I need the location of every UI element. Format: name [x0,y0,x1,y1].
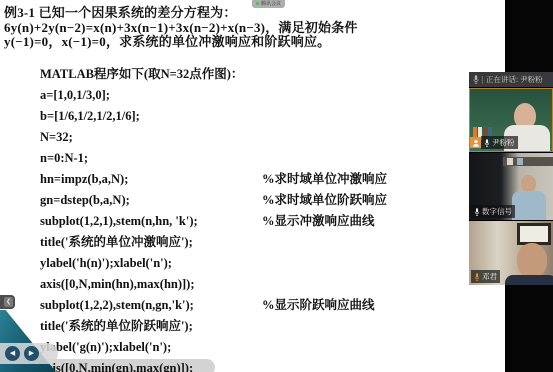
participant-label: 尹粉粉 [470,136,518,149]
microphone-icon [474,273,480,281]
code-line: axis([0,N,min(hn),max(hn)]); [40,274,500,295]
person-silhouette [517,243,547,277]
microphone-icon [474,208,480,216]
heading-line-3: y(−1)=0，x(−1)=0，求系统的单位冲激响应和阶跃响应。 [4,35,482,50]
code-intro: MATLAB程序如下(取N=32点作图)： [40,64,500,85]
heading-line-2: 6y(n)+2y(n−2)=x(n)+3x(n−1)+3x(n−2)+x(n−3… [4,21,482,36]
active-speaker-label: 正在讲话: 尹粉粉 [486,74,543,85]
participant-name: 邓君 [482,271,497,282]
code-line: N=32; [40,127,500,148]
picture-frame [520,226,548,242]
participant-name: 数字信号 [482,206,512,217]
green-dot-icon [256,2,259,5]
participant-name: 尹粉粉 [492,137,515,148]
shared-document: 腾讯会议 例3-1 已知一个因果系统的差分方程为： 6y(n)+2y(n−2)=… [0,0,505,372]
arrow-left-icon: ◀ [10,349,15,357]
decor [517,158,523,165]
previous-slide-button[interactable]: ◀ [5,346,20,361]
person-silhouette [512,191,546,220]
code-line: subplot(1,2,1),stem(n,hn, 'k'); %显示冲激响应曲… [40,211,500,232]
code-line: b=[1/6,1/2,1/2,1/6]; [40,106,500,127]
divider [482,76,483,84]
code-line: ylabel('g(n)');xlabel('n'); [40,337,500,358]
next-slide-button[interactable]: ▶ [24,346,39,361]
participant-tile-3[interactable]: 邓君 [469,221,553,285]
code-line: ylabel('h(n)');xlabel('n'); [40,253,500,274]
code-line: hn=impz(b,a,N); %求时域单位冲激响应 [40,169,500,190]
host-avatar-icon [470,137,481,148]
decor [507,158,513,165]
participant-label: 数字信号 [471,205,515,218]
matlab-code-block: MATLAB程序如下(取N=32点作图)： a=[1,0,1/3,0]; b=[… [40,64,500,372]
heading-line-1: 例3-1 已知一个因果系统的差分方程为： [4,6,482,21]
meeting-window: 腾讯会议 例3-1 已知一个因果系统的差分方程为： 6y(n)+2y(n−2)=… [0,0,553,372]
code-line: a=[1,0,1/3,0]; [40,85,500,106]
code-line: title('系统的单位冲激响应'); [40,232,500,253]
problem-statement: 例3-1 已知一个因果系统的差分方程为： 6y(n)+2y(n−2)=x(n)+… [4,6,482,50]
participants-panel: 正在讲话: 尹粉粉 [469,72,553,285]
arrow-right-icon: ▶ [29,349,34,357]
code-line: title('系统的单位阶跃响应'); [40,316,500,337]
code-line: gn=dstep(b,a,N); %求时域单位阶跃响应 [40,190,500,211]
participant-tile-2[interactable]: 数字信号 [469,153,553,220]
participant-tile-1[interactable]: 尹粉粉 [469,88,553,152]
chevron-left-icon: ❮ [4,297,13,307]
microphone-icon [473,75,479,84]
code-line: n=0:N-1; [40,148,500,169]
code-line-highlighted: axis([0,N,min(gn),max(gn)]); [40,358,500,372]
microphone-icon [484,139,490,147]
participant-label: 邓君 [471,270,500,283]
panel-collapse-toggle[interactable]: ❮ [0,295,15,309]
slide-nav-controls: ◀ ▶ [0,343,58,364]
code-line: subplot(1,2,2),stem(n,gn,'k'); %显示阶跃响应曲线 [40,295,500,316]
active-speaker-bar: 正在讲话: 尹粉粉 [469,72,553,87]
person-silhouette [505,275,553,285]
watermark-label: 腾讯会议 [261,0,281,7]
meeting-watermark-badge: 腾讯会议 [252,0,285,8]
